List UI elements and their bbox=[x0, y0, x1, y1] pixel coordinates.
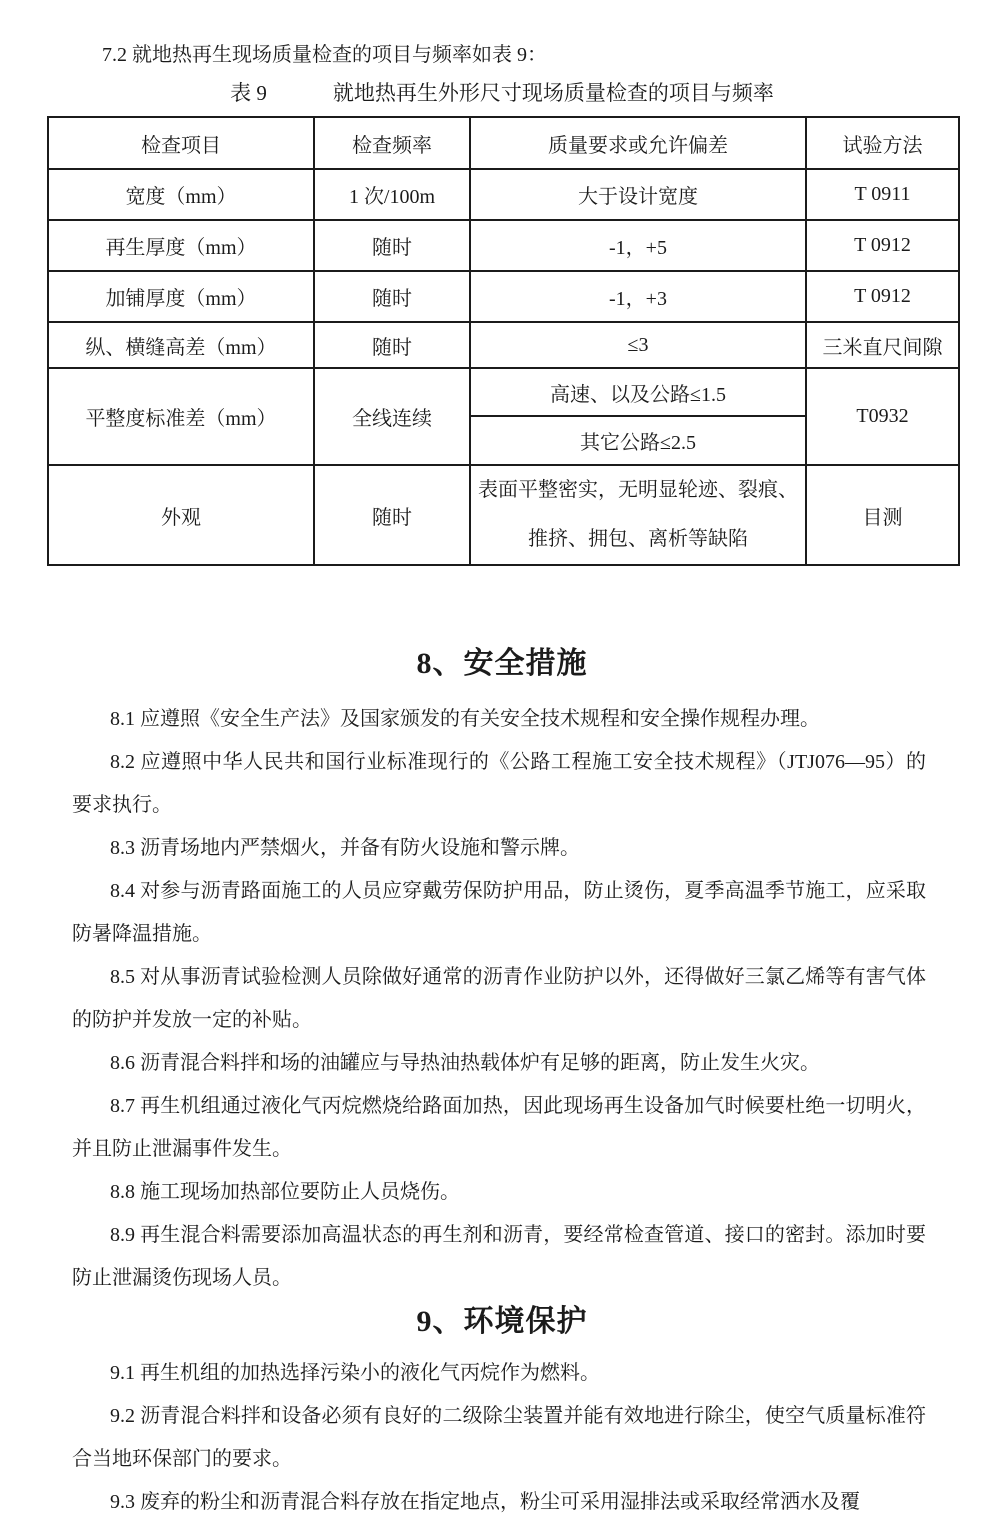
document-page: 7.2 就地热再生现场质量检查的项目与频率如表 9： 表 9就地热再生外形尺寸现… bbox=[0, 0, 1004, 1518]
cell-item: 再生厚度（mm） bbox=[48, 220, 314, 271]
cell-method: T 0912 bbox=[806, 271, 959, 322]
header-cell-item: 检查项目 bbox=[48, 117, 314, 169]
table-row: 平整度标准差（mm） 全线连续 高速、以及公路≤1.5 T0932 bbox=[48, 368, 959, 416]
section-9-body: 9.1 再生机组的加热选择污染小的液化气丙烷作为燃料。 9.2 沥青混合料拌和设… bbox=[0, 1352, 1004, 1518]
cell-item: 平整度标准差（mm） bbox=[48, 368, 314, 465]
paragraph-8-5: 8.5 对从事沥青试验检测人员除做好通常的沥青作业防护以外，还得做好三氯乙烯等有… bbox=[72, 956, 926, 1042]
cell-freq: 随时 bbox=[314, 271, 470, 322]
table-row: 外观 随时 表面平整密实，无明显轮迹、裂痕、推挤、拥包、离析等缺陷 目测 bbox=[48, 465, 959, 565]
cell-freq: 随时 bbox=[314, 322, 470, 368]
paragraph-8-7: 8.7 再生机组通过液化气丙烷燃烧给路面加热，因此现场再生设备加气时候要杜绝一切… bbox=[72, 1085, 926, 1171]
table-row: 加铺厚度（mm） 随时 -1，+3 T 0912 bbox=[48, 271, 959, 322]
cell-req: -1，+5 bbox=[470, 220, 806, 271]
cell-freq: 随时 bbox=[314, 220, 470, 271]
table-row: 再生厚度（mm） 随时 -1，+5 T 0912 bbox=[48, 220, 959, 271]
cell-req-text: 表面平整密实，无明显轮迹、裂痕、推挤、拥包、离析等缺陷 bbox=[477, 466, 799, 564]
header-cell-req: 质量要求或允许偏差 bbox=[470, 117, 806, 169]
paragraph-8-9: 8.9 再生混合料需要添加高温状态的再生剂和沥青，要经常检查管道、接口的密封。添… bbox=[72, 1214, 926, 1300]
cell-method: 三米直尺间隙 bbox=[806, 322, 959, 368]
paragraph-8-4: 8.4 对参与沥青路面施工的人员应穿戴劳保防护用品，防止烫伤，夏季高温季节施工，… bbox=[72, 870, 926, 956]
cell-method: T 0912 bbox=[806, 220, 959, 271]
table-caption: 表 9就地热再生外形尺寸现场质量检查的项目与频率 bbox=[0, 76, 1004, 110]
cell-method: T 0911 bbox=[806, 169, 959, 220]
inspection-table: 检查项目 检查频率 质量要求或允许偏差 试验方法 宽度（mm） 1 次/100m… bbox=[47, 116, 960, 566]
cell-method: 目测 bbox=[806, 465, 959, 565]
section-8-body: 8.1 应遵照《安全生产法》及国家颁发的有关安全技术规程和安全操作规程办理。 8… bbox=[0, 698, 1004, 1300]
table-header-row: 检查项目 检查频率 质量要求或允许偏差 试验方法 bbox=[48, 117, 959, 169]
table-caption-title: 就地热再生外形尺寸现场质量检查的项目与频率 bbox=[333, 81, 774, 105]
paragraph-8-6: 8.6 沥青混合料拌和场的油罐应与导热油热载体炉有足够的距离，防止发生火灾。 bbox=[72, 1042, 926, 1085]
cell-method: T0932 bbox=[806, 368, 959, 465]
table-caption-label: 表 9 bbox=[230, 81, 267, 105]
paragraph-8-2: 8.2 应遵照中华人民共和国行业标准现行的《公路工程施工安全技术规程》（JTJ0… bbox=[72, 741, 926, 827]
cell-req-top: 高速、以及公路≤1.5 bbox=[470, 368, 806, 416]
header-cell-freq: 检查频率 bbox=[314, 117, 470, 169]
paragraph-9-2: 9.2 沥青混合料拌和设备必须有良好的二级除尘装置并能有效地进行除尘，使空气质量… bbox=[72, 1395, 926, 1481]
cell-item: 外观 bbox=[48, 465, 314, 565]
table-row: 宽度（mm） 1 次/100m 大于设计宽度 T 0911 bbox=[48, 169, 959, 220]
cell-req: 表面平整密实，无明显轮迹、裂痕、推挤、拥包、离析等缺陷 bbox=[470, 465, 806, 565]
section-8-heading: 8、安全措施 bbox=[0, 638, 1004, 690]
paragraph-9-3: 9.3 废弃的粉尘和沥青混合料存放在指定地点，粉尘可采用湿排法或采取经常洒水及覆 bbox=[72, 1481, 926, 1518]
paragraph-9-1: 9.1 再生机组的加热选择污染小的液化气丙烷作为燃料。 bbox=[72, 1352, 926, 1395]
cell-req: ≤3 bbox=[470, 322, 806, 368]
section-9-heading: 9、环境保护 bbox=[0, 1300, 1004, 1344]
cell-freq: 全线连续 bbox=[314, 368, 470, 465]
cell-item: 宽度（mm） bbox=[48, 169, 314, 220]
cell-item: 加铺厚度（mm） bbox=[48, 271, 314, 322]
paragraph-8-3: 8.3 沥青场地内严禁烟火，并备有防火设施和警示牌。 bbox=[72, 827, 926, 870]
cell-freq: 1 次/100m bbox=[314, 169, 470, 220]
cell-freq: 随时 bbox=[314, 465, 470, 565]
paragraph-7-2: 7.2 就地热再生现场质量检查的项目与频率如表 9： bbox=[0, 36, 1004, 74]
paragraph-8-8: 8.8 施工现场加热部位要防止人员烧伤。 bbox=[72, 1171, 926, 1214]
cell-item: 纵、横缝高差（mm） bbox=[48, 322, 314, 368]
cell-req: -1，+3 bbox=[470, 271, 806, 322]
paragraph-8-1: 8.1 应遵照《安全生产法》及国家颁发的有关安全技术规程和安全操作规程办理。 bbox=[72, 698, 926, 741]
cell-req-bottom: 其它公路≤2.5 bbox=[470, 416, 806, 465]
header-cell-method: 试验方法 bbox=[806, 117, 959, 169]
table-row: 纵、横缝高差（mm） 随时 ≤3 三米直尺间隙 bbox=[48, 322, 959, 368]
cell-req: 大于设计宽度 bbox=[470, 169, 806, 220]
